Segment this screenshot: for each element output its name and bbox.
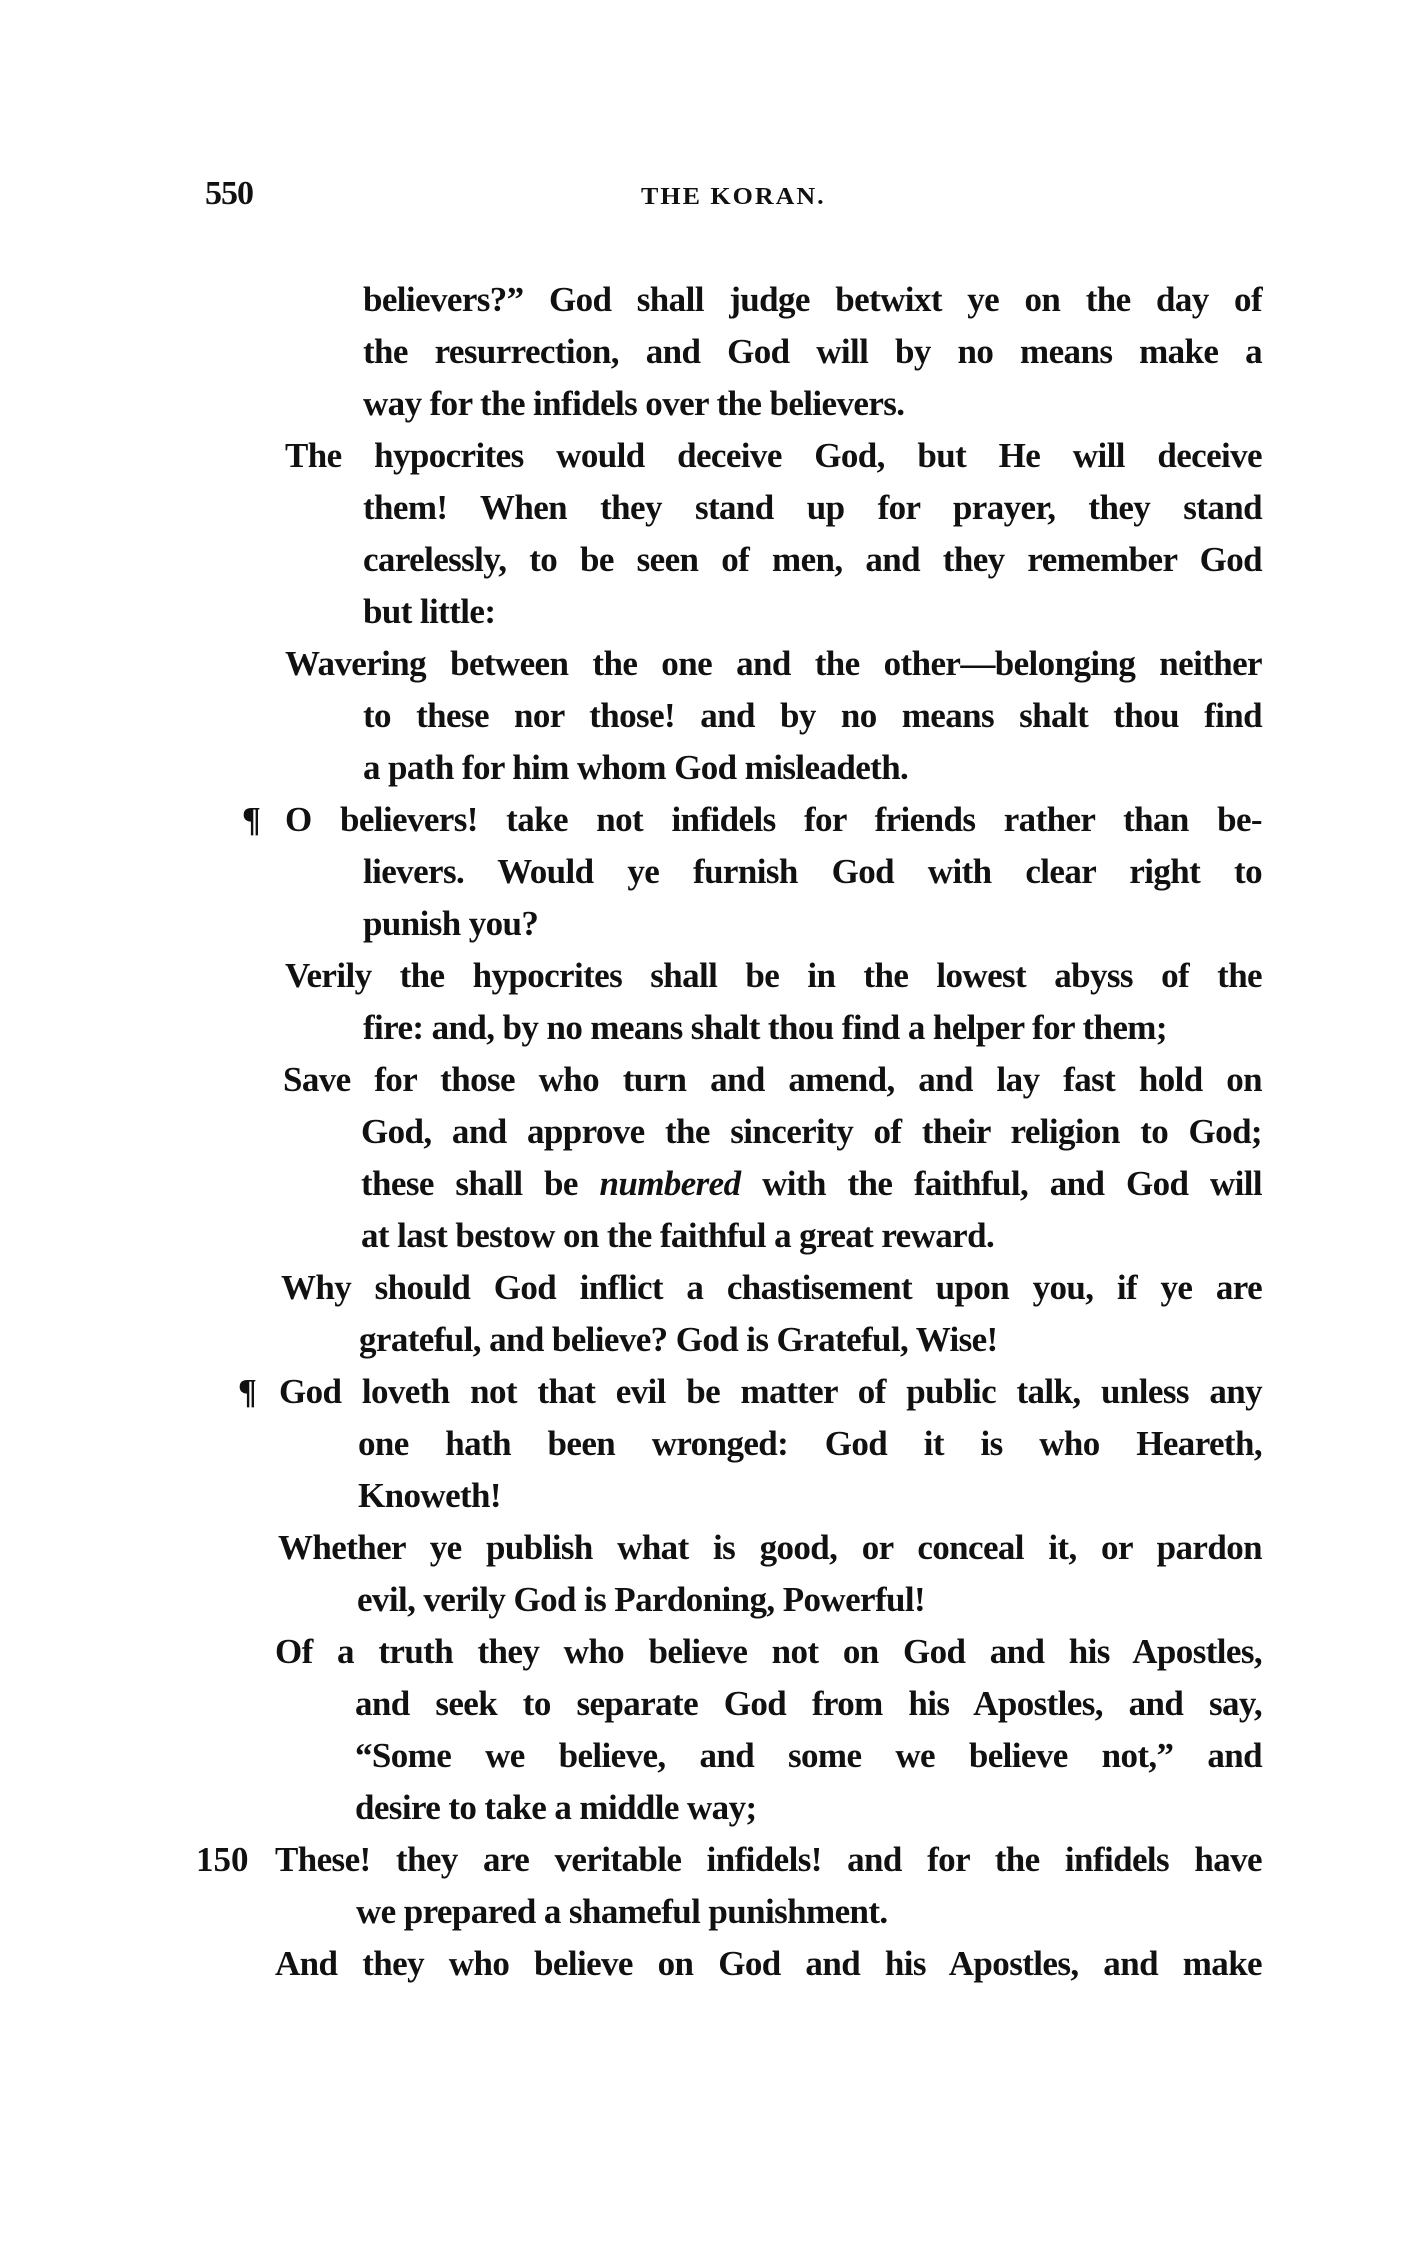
text-line: but little: [363,586,1262,638]
text-line: grateful, and believe? God is Grateful, … [359,1314,1262,1366]
text-line: one hath been wronged: God it is who Hea… [358,1418,1262,1470]
page-number: 550 [205,176,253,212]
text-line: God, and approve the sincerity of their … [361,1106,1262,1158]
text-line: punish you? [363,898,1262,950]
text-line: The hypocrites would deceive God, but He… [285,430,1262,482]
book-page: 550 THE KORAN. believers?” God shall jud… [0,0,1405,2247]
text-line: lievers. Would ye furnish God with clear… [363,846,1262,898]
text-line: Save for those who turn and amend, and l… [283,1054,1262,1106]
text-line: to these nor those! and by no means shal… [363,690,1262,742]
text-line: Verily the hypocrites shall be in the lo… [285,950,1262,1002]
text-line: way for the infidels over the believers. [363,378,1262,430]
text-line: fire: and, by no means shalt thou find a… [363,1002,1262,1054]
text-run: these shall be [361,1164,599,1203]
text-line: evil, verily God is Pardoning, Powerful! [357,1574,1262,1626]
text-line: And they who believe on God and his Apos… [275,1938,1262,1990]
pilcrow-icon: ¶ [242,794,261,846]
text-line: Wavering between the one and the other—b… [285,638,1262,690]
text-line: Of a truth they who believe not on God a… [275,1626,1262,1678]
text-line: Why should God inflict a chastisement up… [281,1262,1262,1314]
text-line: a path for him whom God misleadeth. [363,742,1262,794]
text-run: with the faithful, and God will [741,1164,1262,1203]
text-line: Whether ye publish what is good, or conc… [278,1522,1262,1574]
running-head: THE KORAN. [641,184,826,210]
italic-word: numbered [599,1164,740,1203]
text-line: and seek to separate God from his Apostl… [355,1678,1262,1730]
text-line: desire to take a middle way; [355,1782,1262,1834]
text-line: These! they are veritable infidels! and … [275,1834,1262,1886]
text-line: them! When they stand up for prayer, the… [363,482,1262,534]
text-line: God loveth not that evil be matter of pu… [279,1366,1262,1418]
text-line: we prepared a shameful punishment. [356,1886,1262,1938]
text-line: O believers! take not infidels for frien… [285,794,1262,846]
text-line: at last bestow on the faithful a great r… [361,1210,1262,1262]
text-line: “Some we believe, and some we believe no… [355,1730,1262,1782]
text-line: believers?” God shall judge betwixt ye o… [363,274,1262,326]
pilcrow-icon: ¶ [238,1366,257,1418]
text-line: these shall be numbered with the faithfu… [361,1158,1262,1210]
text-line: carelessly, to be seen of men, and they … [363,534,1262,586]
verse-number: 150 [196,1834,249,1886]
text-line: the resurrection, and God will by no mea… [363,326,1262,378]
text-line: Knoweth! [358,1470,1262,1522]
